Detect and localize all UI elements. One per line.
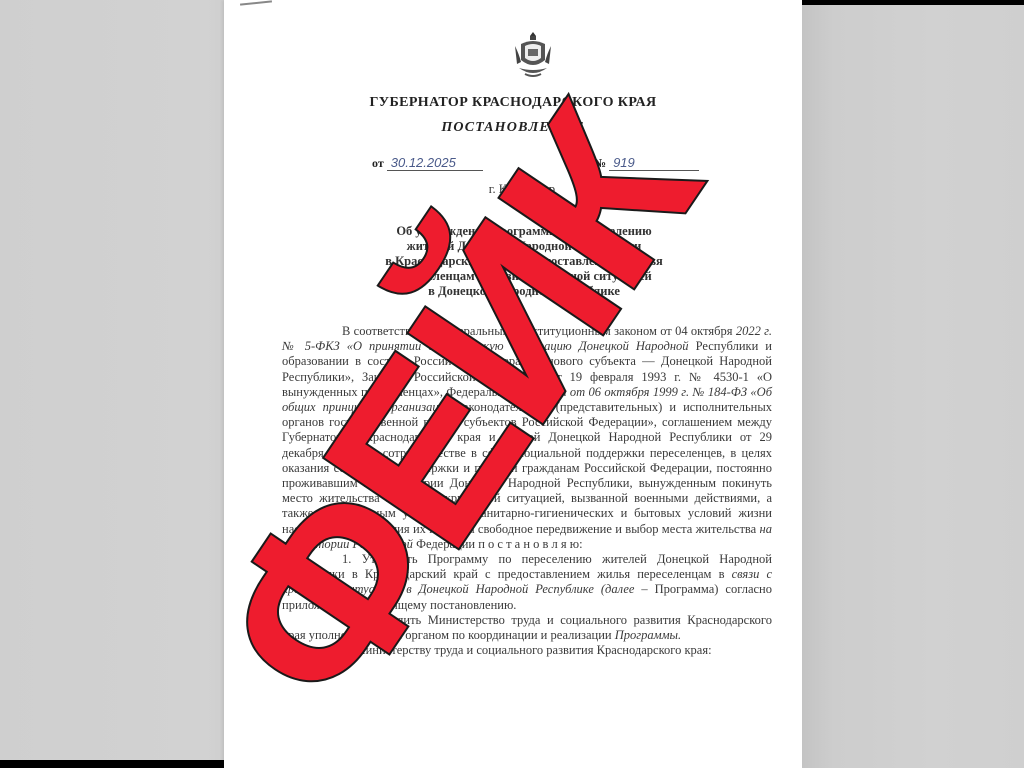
subject-line: в Донецкой Народной Республике	[344, 284, 704, 299]
number-value: 919	[609, 155, 699, 171]
document-page: ГУБЕРНАТОР КРАСНОДАРСКОГО КРАЯ ПОСТАНОВЛ…	[224, 0, 802, 768]
coat-of-arms-icon	[513, 30, 553, 80]
subject-heading: Об утверждении программы по переселению …	[344, 224, 704, 299]
authority-heading: ГУБЕРНАТОР КРАСНОДАРСКОГО КРАЯ	[224, 95, 802, 111]
document-content: ГУБЕРНАТОР КРАСНОДАРСКОГО КРАЯ ПОСТАНОВЛ…	[224, 0, 802, 768]
date-label: от	[372, 156, 384, 170]
date-field: от 30.12.2025	[372, 155, 483, 171]
document-body: В соответствии с Федеральным конституцио…	[282, 324, 772, 658]
document-type: ПОСТАНОВЛЕНИЕ	[224, 120, 802, 136]
background-right	[800, 0, 1024, 768]
item-paragraph-2: 2. Определить Министерство труда и социа…	[282, 613, 772, 643]
subject-line: Об утверждении программы по переселению	[344, 224, 704, 239]
number-label: №	[594, 156, 606, 170]
item-paragraph-3: 3. Министерству труда и социального разв…	[282, 643, 772, 658]
number-field: № 919	[594, 155, 699, 171]
subject-line: переселенцам в связи с кризисной ситуаци…	[344, 269, 704, 284]
item-paragraph-1: 1. Утвердить Программу по переселению жи…	[282, 552, 772, 613]
subject-line: в Краснодарский край с предоставлением ж…	[344, 254, 704, 269]
preamble-paragraph: В соответствии с Федеральным конституцио…	[282, 324, 772, 552]
subject-line: жителей Донецкой Народной Республики	[344, 239, 704, 254]
date-value: 30.12.2025	[387, 155, 483, 171]
city: г. Краснодар	[224, 182, 802, 197]
